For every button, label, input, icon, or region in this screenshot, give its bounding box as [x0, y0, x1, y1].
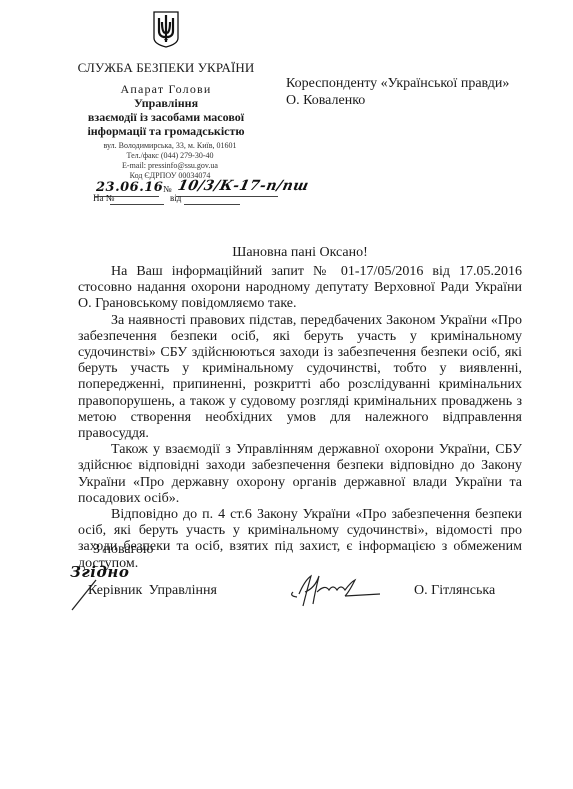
reference-number-label: На №: [93, 193, 114, 203]
paragraph: За наявності правових підстав, передбаче…: [78, 313, 522, 443]
department-line: взаємодії із засобами масової: [60, 110, 272, 125]
address-street: вул. Володимирська, 33, м. Київ, 01601: [60, 141, 280, 150]
reference-date-blank: [184, 204, 240, 205]
paragraph: На Ваш інформаційний запит № 01-17/05/20…: [78, 264, 522, 313]
signer-name: О. Гітлянська: [414, 583, 495, 599]
signer-title: Керівник Управління: [88, 583, 217, 599]
letter-body: На Ваш інформаційний запит № 01-17/05/20…: [78, 264, 522, 572]
salutation: Шановна пані Оксано!: [60, 245, 540, 261]
address-phone: Тел./факс (044) 279-30-40: [60, 151, 280, 160]
reference-number-blank: [110, 204, 164, 205]
recipient-line: Кореспонденту «Української правди»: [286, 76, 509, 92]
signature-icon: [285, 570, 395, 610]
registration-number: 10/3/К-17-п/пш: [176, 178, 310, 194]
closing-regards: З повагою: [93, 542, 154, 558]
coat-of-arms-icon: [152, 10, 180, 48]
reference-from-label: від: [170, 193, 181, 203]
apparatus-label: Апарат Голови: [60, 82, 272, 97]
department-line: інформації та громадськістю: [60, 124, 272, 139]
paragraph: Відповідно до п. 4 ст.6 Закону України «…: [78, 507, 522, 572]
address-email: E-mail: pressinfo@ssu.gov.ua: [60, 161, 280, 170]
number-underline: [176, 196, 278, 197]
department-line: Управління: [60, 96, 272, 111]
recipient-name: О. Коваленко: [286, 93, 365, 109]
paragraph: Також у взаємодії з Управлінням державно…: [78, 442, 522, 507]
organization-name: СЛУЖБА БЕЗПЕКИ УКРАЇНИ: [60, 60, 272, 76]
